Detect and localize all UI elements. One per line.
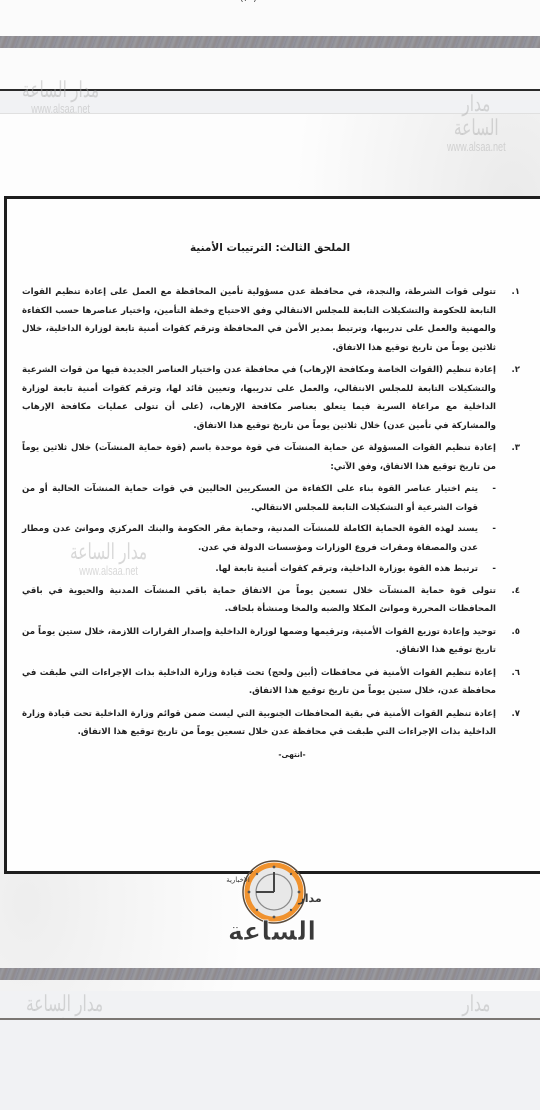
watermark-middle: مدار الساعة www.alsaa.net	[70, 540, 147, 578]
end-mark: -انتهى-	[22, 746, 522, 765]
clause-number: ٤.	[500, 582, 520, 601]
bullet-dash: -	[492, 560, 496, 579]
clause-number: ٦.	[500, 664, 520, 683]
clause-7: ٧. إعادة تنظيم القوات الأمنية في بقية ال…	[22, 705, 522, 742]
bullet-dash: -	[492, 520, 496, 539]
bullet-dash: -	[492, 480, 496, 499]
svg-text:الساعة: الساعة	[228, 917, 316, 947]
clause-text: توحيد وإعادة توزيع القوات الأمنية، وترقي…	[22, 627, 496, 656]
clause-text: إعادة تنظيم القوات الأمنية في بقية المحا…	[22, 709, 496, 738]
bullet-text: ترتبط هذه القوة بوزارة الداخلية، وترقم ك…	[215, 564, 478, 574]
svg-text:الإخبارية: الإخبارية	[226, 876, 250, 884]
clause-text: إعادة تنظيم القوات المسؤولة عن حماية الم…	[22, 443, 496, 472]
clause-text: إعادة تنظيم (القوات الخاصة ومكافحة الإره…	[22, 365, 496, 431]
clause-text: إعادة تنظيم القوات الأمنية في محافظات (أ…	[22, 668, 496, 697]
clause-5: ٥. توحيد وإعادة توزيع القوات الأمنية، وت…	[22, 623, 522, 660]
clause-number: ٣.	[500, 439, 520, 458]
bullet-text: يتم اختيار عناصر القوة بناء على الكفاءة …	[22, 484, 478, 513]
clause-number: ٥.	[500, 623, 520, 642]
clause-text: تتولى قوات الشرطة، والنجدة، في محافظة عد…	[22, 287, 496, 353]
clause-number: ٧.	[500, 705, 520, 724]
scan-stripe-top	[0, 36, 540, 48]
clause-number: ١.	[500, 283, 520, 302]
svg-text:مدار: مدار	[297, 892, 321, 905]
clause-number: ٢.	[500, 361, 520, 380]
clause-4: ٤. تتولى قوة حماية المنشآت خلال تسعين يو…	[22, 582, 522, 619]
scan-stripe-bottom	[0, 968, 540, 980]
document-title: الملحق الثالث: الترتيبات الأمنية	[0, 242, 540, 254]
news-site-logo: الساعة مدار الإخبارية	[212, 840, 332, 950]
watermark-top-left: مدار الساعة www.alsaa.net	[22, 78, 99, 116]
page-number-fragment: (٢٠)	[240, 0, 257, 4]
page-gap-bottom	[0, 1020, 540, 1110]
watermark-top-right: مدار الساعة www.alsaa.net	[442, 92, 511, 154]
clause-3: ٣. إعادة تنظيم القوات المسؤولة عن حماية …	[22, 439, 522, 476]
clause-2: ٢. إعادة تنظيم (القوات الخاصة ومكافحة ال…	[22, 361, 522, 435]
clause-text: تتولى قوة حماية المنشآت خلال تسعين يوماً…	[22, 586, 496, 615]
clock-logo-icon: الساعة مدار الإخبارية	[212, 840, 332, 950]
clause-6: ٦. إعادة تنظيم القوات الأمنية في محافظات…	[22, 664, 522, 701]
clause-3-bullet-1: - يتم اختيار عناصر القوة بناء على الكفاء…	[22, 480, 522, 517]
document-body: ١. تتولى قوات الشرطة، والنجدة، في محافظة…	[22, 283, 522, 764]
clause-1: ١. تتولى قوات الشرطة، والنجدة، في محافظة…	[22, 283, 522, 357]
